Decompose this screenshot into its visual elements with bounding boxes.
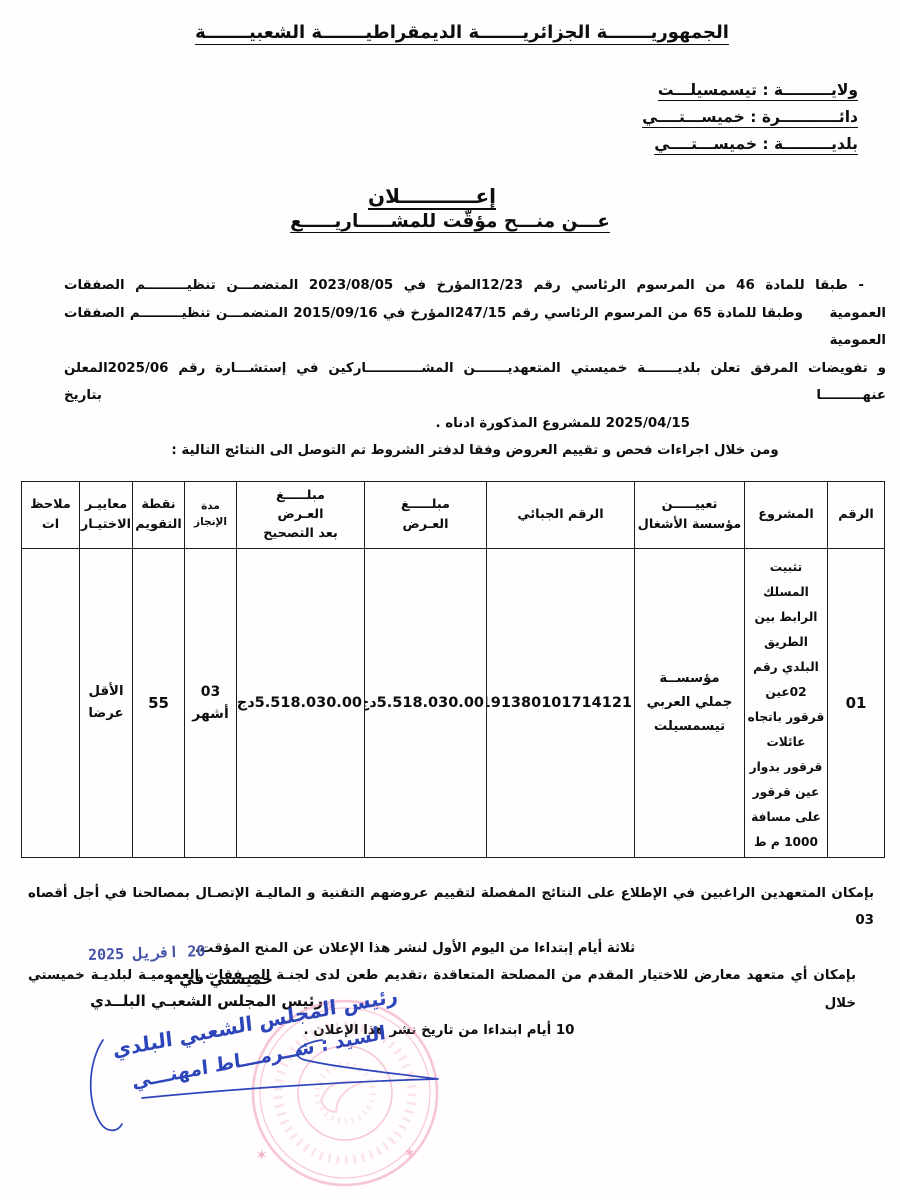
col-score: نقطة التقويم [133, 481, 185, 548]
col-bid-amount: مبلـــــغ العـرض [365, 481, 487, 548]
col-tax-id: الرقم الجبائي [487, 481, 635, 548]
col-corrected-bid: مبلـــــغ العـرض بعد التصحيح [237, 481, 365, 548]
admin-block: ولايـــــــــة : تيسمسيلـــت دائــــــــ… [642, 77, 858, 158]
svg-text:✶: ✶ [255, 1146, 268, 1164]
intro-line1: - طبقا للمادة 46 من المرسوم الرئاسي رقم … [64, 272, 886, 300]
col-company: تعييـــــن مؤسسة الأشغال [635, 481, 745, 548]
cell-tax-id: 191380101714121 [487, 548, 635, 857]
intro-line3: و تفويضات المرفق تعلن بلديـــــــة خميست… [64, 355, 886, 410]
announcement-title: إعـــــــــــلان عـــن منـــح مؤقّت للمش… [0, 184, 900, 232]
intro-line5: ومن خلال اجراءات فحص و تقييم العروض وفقا… [64, 437, 886, 465]
table-header-row: الرقم المشروع تعييـــــن مؤسسة الأشغال ا… [22, 481, 885, 548]
place-line: خميستي في : [118, 970, 323, 988]
cell-company: مؤسســة جملي العربي تيسمسيلت [635, 548, 745, 857]
svg-text:✶: ✶ [403, 1144, 416, 1162]
closing-line1: بإمكان المتعهدين الراغبين في الإطلاع على… [28, 880, 874, 935]
col-project: المشروع [745, 481, 828, 548]
intro-line4: 2025/04/15 للمشروع المذكورة ادناه . [64, 410, 886, 438]
document-page: الجمهوريـــــــة الجزائريـــــــة الديمق… [0, 0, 900, 1200]
title-line1: إعـــــــــــلان [0, 184, 882, 208]
daira-line: دائـــــــــــرة : خميســـتــــي [642, 104, 858, 131]
cell-notes [22, 548, 80, 857]
cell-project: تثبيت المسلك الرابط بين الطريق البلدي رق… [745, 548, 828, 857]
col-criteria: معاييـر الاختيـار [80, 481, 133, 548]
col-number: الرقم [828, 481, 885, 548]
cell-bid-amount: 5.518.030.00دج [365, 548, 487, 857]
intro-line2: العمومية وطبقا للمادة 65 من المرسوم الرئ… [64, 300, 886, 355]
wilaya-line: ولايـــــــــة : تيسمسيلـــت [642, 77, 858, 104]
cell-duration: 03 أشهر [185, 548, 237, 857]
cell-score: 55 [133, 548, 185, 857]
col-duration: مدة الإنجاز [185, 481, 237, 548]
cell-corrected-bid: 5.518.030.00دج [237, 548, 365, 857]
republic-header: الجمهوريـــــــة الجزائريـــــــة الديمق… [12, 22, 900, 43]
cell-criteria: الأقل عرضا [80, 548, 133, 857]
intro-paragraph: - طبقا للمادة 46 من المرسوم الرئاسي رقم … [64, 272, 886, 465]
commune-line: بلديـــــــــة : خميســـتــــي [642, 131, 858, 158]
results-table: الرقم المشروع تعييـــــن مؤسسة الأشغال ا… [21, 481, 885, 858]
table-row: 01 تثبيت المسلك الرابط بين الطريق البلدي… [22, 548, 885, 857]
closing-paragraph: بإمكان المتعهدين الراغبين في الإطلاع على… [28, 880, 874, 1045]
col-notes: ملاحظ ات [22, 481, 80, 548]
title-line2: عـــن منـــح مؤقّت للمشـــــاريـــــع [0, 211, 900, 232]
cell-number: 01 [828, 548, 885, 857]
